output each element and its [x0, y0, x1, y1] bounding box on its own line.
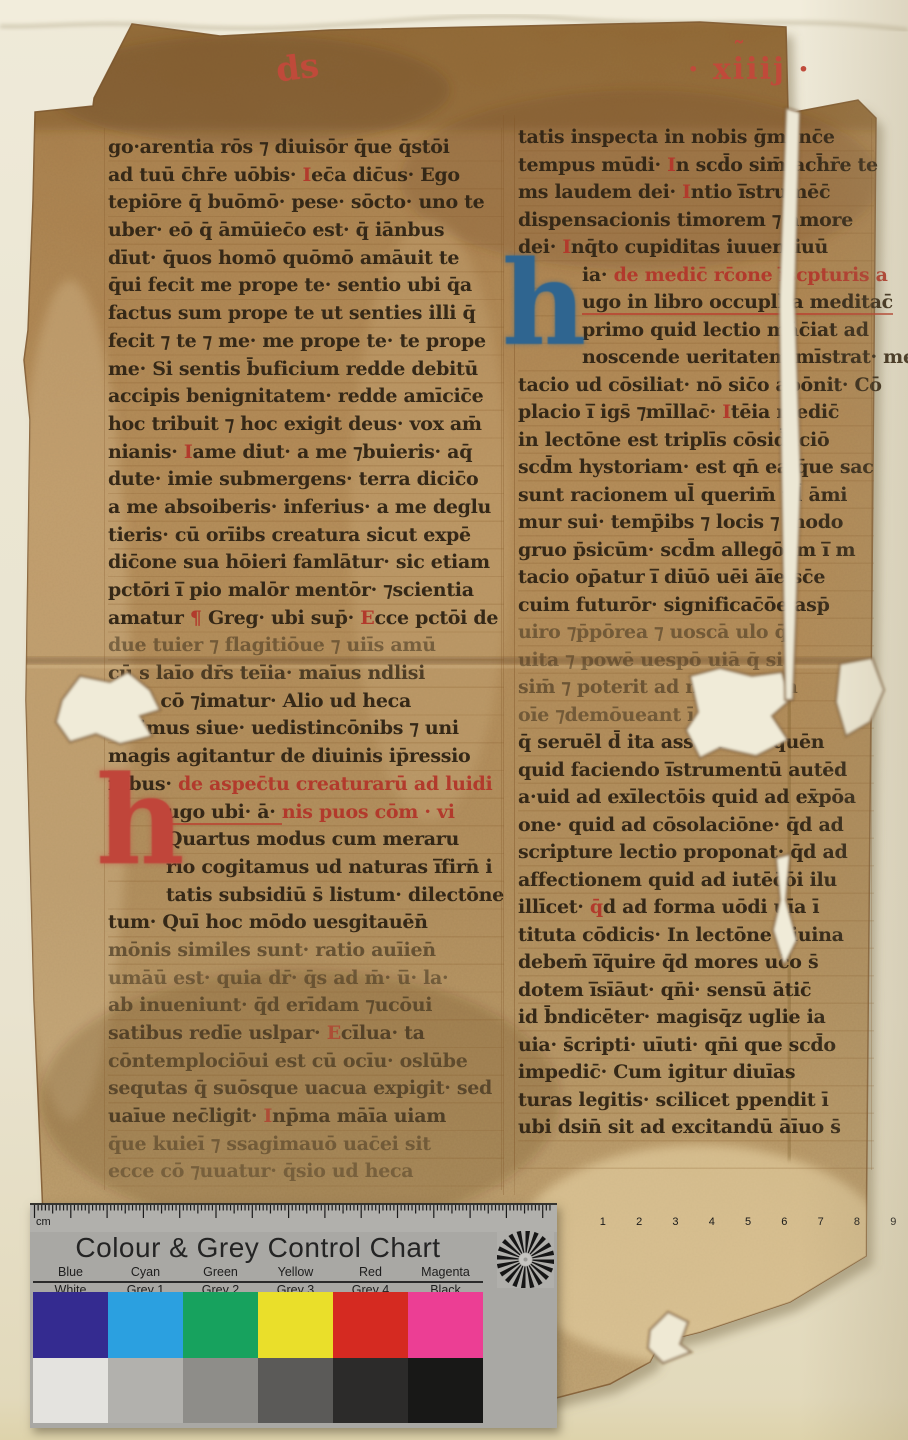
manuscript-text-segment: dotem i̅sīāut· qn̄i· sensū ātic̄: [518, 979, 811, 1001]
manuscript-text-segment: uaīue nec̄ligit·: [108, 1105, 263, 1127]
manuscript-text-segment: tatis inspecta in nobis ḡmenc̄e: [518, 126, 835, 148]
manuscript-text-segment: quid faciendo i̅strumentū autēd: [518, 759, 847, 781]
manuscript-text-segment: dic̄one sua hōieri famlātur· sic etiam: [108, 551, 490, 573]
manuscript-line: sim̄ ⁊ poterit ad nū ul̄ uiam: [518, 674, 874, 702]
manuscript-text-segment: amatur: [108, 607, 190, 629]
manuscript-photograph: ds · xiiij · ˜ go·arentia rōs ⁊ diuisōr …: [0, 0, 908, 1440]
manuscript-line: cū s laīo dr̄s teīia· maīus ndlisi: [108, 660, 504, 688]
manuscript-text-segment: q̄ue kuieī ⁊ ssagimauō uac̄ei sit: [108, 1133, 431, 1155]
manuscript-text-segment: dispensacionis timorem ⁊ amore: [518, 209, 853, 231]
manuscript-line: debem̄ i̅q̄uire q̄d mores uc̄o s̄: [518, 949, 874, 977]
manuscript-text-segment: ms laudem dei·: [518, 181, 682, 203]
manuscript-text-segment: ame diut· a me ⁊buieris· aq̄: [193, 441, 473, 463]
manuscript-text-segment: fecit ⁊ te ⁊ me· me prope te· te prope: [108, 330, 486, 352]
manuscript-line: q̄ seruēl d̄ ita asserūt ex q̄uēn: [518, 729, 874, 757]
manuscript-text-segment: tacio ud cōsiliat· nō sic̄o apōnit· Cō: [518, 374, 882, 396]
backdrop-top-sheet: [0, 0, 908, 30]
label-green: Green: [183, 1265, 258, 1280]
manuscript-text-segment: cū s laīo dr̄s teīia· maīus ndlisi: [108, 662, 425, 684]
manuscript-text-segment: noscende ueritatem mīstrat· med̄: [582, 346, 908, 368]
manuscript-text-segment: de aspec̄tu creaturarū ad luidi: [178, 773, 492, 795]
manuscript-line: a me absoiberis· inferius· a me deglu: [108, 494, 504, 522]
manuscript-line: ad tuū c̄hr̄e uōbis· Iec̄a dic̄us· Ego: [108, 162, 504, 190]
patch-cyan: [108, 1292, 183, 1358]
manuscript-text-segment: uber· eō q̄ āmūiec̄o est· q̄ iānbus: [108, 219, 444, 241]
control-chart: cm 12345678910111213 Colour & Grey Contr…: [30, 1203, 557, 1428]
patch-grey-3: [258, 1358, 333, 1424]
folio-number-macron: ˜: [733, 36, 745, 65]
patch-green: [183, 1292, 258, 1358]
ruler: cm 12345678910111213: [30, 1203, 557, 1232]
manuscript-text-segment: scd̄m hystoriam· est qn̄ ea q̄ue sac: [518, 456, 874, 478]
label-blue: Blue: [33, 1265, 108, 1280]
manuscript-text-segment: I: [722, 401, 731, 423]
manuscript-line: ubi dsin̄ sit ad excitandū āīuo s̄: [518, 1114, 874, 1142]
ruler-number: 5: [745, 1216, 751, 1228]
grey-patch-row: [33, 1358, 483, 1424]
manuscript-line: gruo p̄sicūm· scd̄m allegōam i̅ m: [518, 537, 874, 565]
manuscript-text-segment: hoc tribuit ⁊ hoc exigit deus· vox am̄: [108, 413, 482, 435]
manuscript-text-segment: nis puos cōm · vi: [282, 801, 455, 823]
manuscript-text-segment: ugo in libro occupllia meditac̄: [582, 291, 893, 315]
manuscript-line: illīcet· q̄d ad forma uōdi uīa ī: [518, 894, 874, 922]
ruler-unit-label: cm: [36, 1216, 51, 1228]
manuscript-text-segment: affectionem quid ad iutēc̄ōi ilu: [518, 869, 837, 891]
manuscript-text-segment: I: [682, 181, 691, 203]
manuscript-text-segment: uia· s̄cripti· uīuti· qn̄i que scd̄o: [518, 1034, 836, 1056]
manuscript-line: tacio op̄atur i̅ diūō uēi āīe sc̄e: [518, 564, 874, 592]
manuscript-text-segment: mōnis similes sunt· ratio auīien̄: [108, 939, 436, 961]
manuscript-line: ab inueniunt· q̄d erīdam ⁊ucōui: [108, 992, 504, 1020]
manuscript-text-segment: tieris· cū orīibs creatura sicut expē: [108, 524, 471, 546]
manuscript-line: quid faciendo i̅strumentū autēd: [518, 757, 874, 785]
manuscript-line: satibus redīe uslpar· Ecīlua· ta: [108, 1020, 504, 1048]
manuscript-line: dute· imie submergens· terra dicic̄o: [108, 466, 504, 494]
patch-grey-4: [333, 1358, 408, 1424]
manuscript-text-segment: scripture lectio proponat· q̄d ad: [518, 841, 847, 863]
manuscript-line: ecce cō ⁊imatur· Alio ud heca: [108, 688, 504, 716]
manuscript-text-segment: tituta cōdicis· In lectōne diuina: [518, 924, 844, 946]
manuscript-line: uaīue nec̄ligit· Inp̄ma māīa uiam: [108, 1103, 504, 1131]
manuscript-text-segment: tepiōre q̄ buōmō· pese· sōcto· uno te: [108, 191, 484, 213]
manuscript-line: tacio ud cōsiliat· nō sic̄o apōnit· Cō: [518, 372, 874, 400]
manuscript-line: factus sum prope te ut senties illi q̄: [108, 300, 504, 328]
manuscript-text-segment: accipis benignitatem· redde amīcic̄e: [108, 385, 483, 407]
ruler-number: 1: [600, 1216, 606, 1228]
manuscript-text-segment: debem̄ i̅q̄uire q̄d mores uc̄o s̄: [518, 951, 818, 973]
manuscript-text-segment: q̄: [590, 896, 603, 918]
manuscript-text-segment: tacio op̄atur i̅ diūō uēi āīe sc̄e: [518, 566, 825, 588]
ruler-number: 9: [890, 1216, 896, 1228]
manuscript-line: diximus siue· uedistincōnibs ⁊ uni: [108, 715, 504, 743]
manuscript-text-segment: due tuier ⁊ flagitiōue ⁊ uiīs amū: [108, 634, 436, 656]
manuscript-line: go·arentia rōs ⁊ diuisōr q̄ue q̄stōi: [108, 134, 504, 162]
ruler-ticks: [30, 1205, 557, 1232]
colour-patch-row: [33, 1292, 483, 1358]
manuscript-line: uber· eō q̄ āmūiec̄o est· q̄ iānbus: [108, 217, 504, 245]
manuscript-text-segment: in lectōne est triplīs cōsid̄aciō: [518, 429, 829, 451]
sunburst-icon: [497, 1231, 554, 1288]
blue-initial-h: h: [502, 258, 586, 351]
label-cyan: Cyan: [108, 1265, 183, 1280]
manuscript-text-segment: cuim futurōr· significac̄ōe asp̄: [518, 594, 830, 616]
manuscript-line: tieris· cū orīibs creatura sicut expē: [108, 522, 504, 550]
manuscript-text-segment: a·uid ad exīlectōis quid ad ex̄pōa: [518, 786, 856, 808]
manuscript-line: uiro ⁊p̄pōrea ⁊ uoscā ulo q̄: [518, 619, 874, 647]
manuscript-text-segment: ecce cō ⁊imatur· Alio ud heca: [108, 690, 411, 712]
patch-magenta: [408, 1292, 483, 1358]
manuscript-line: scripture lectio proponat· q̄d ad: [518, 839, 874, 867]
manuscript-line: dic̄one sua hōieri famlātur· sic etiam: [108, 549, 504, 577]
patch-grey-1: [108, 1358, 183, 1424]
manuscript-text-segment: oīe ⁊demōueant ī p̄· uln̄: [518, 704, 760, 726]
manuscript-text-segment: q̄ui fecit me prope te· sentio ubi q̄a: [108, 274, 472, 296]
colour-label-row: BlueCyanGreenYellowRedMagenta: [33, 1265, 483, 1280]
manuscript-line: tempus mūdi· In scd̄o sim̄lach̄r̄e te: [518, 152, 874, 180]
manuscript-text-segment: factus sum prope te ut senties illi q̄: [108, 302, 476, 324]
manuscript-line: umāū est· quia dr̄· q̄s ad m̄· u̅· la·: [108, 965, 504, 993]
manuscript-line: placio i̅ igs̄ ⁊mīllac̄· Itēia medic̄: [518, 399, 874, 427]
red-initial-h: h: [96, 772, 185, 870]
patch-black: [408, 1358, 483, 1424]
folio-number: · xiiij ·: [688, 52, 811, 87]
ruler-number: 3: [672, 1216, 678, 1228]
ruler-number: 4: [709, 1216, 715, 1228]
manuscript-text-segment: I: [667, 154, 676, 176]
manuscript-text-segment: cce pctōi de: [374, 607, 498, 629]
manuscript-text-segment: I: [263, 1105, 272, 1127]
manuscript-line: dispensacionis timorem ⁊ amore: [518, 207, 874, 235]
manuscript-line: cōntemplociōui est cū ocīu· oslūbe: [108, 1048, 504, 1076]
manuscript-line: primo quid lectio māc̄iat ad: [582, 317, 874, 345]
manuscript-text-segment: impedic̄· Cum igitur diuīas: [518, 1061, 795, 1083]
manuscript-text-segment: cīlua· ta: [341, 1022, 425, 1044]
manuscript-text-segment: diximus siue· uedistincōnibs ⁊ uni: [108, 717, 459, 739]
ruler-number: 8: [854, 1216, 860, 1228]
manuscript-line: affectionem quid ad iutēc̄ōi ilu: [518, 867, 874, 895]
manuscript-text-segment: tatis subsidiū s̄ listum· dilectōne: [166, 884, 504, 906]
manuscript-line: amatur ¶ Greg· ubi sup̄· Ecce pctōi de: [108, 605, 504, 633]
ruler-number: 7: [818, 1216, 824, 1228]
manuscript-line: due tuier ⁊ flagitiōue ⁊ uiīs amū: [108, 632, 504, 660]
manuscript-text-segment: d ad forma uōdi uīa ī: [603, 896, 819, 918]
ruler-number: 6: [781, 1216, 787, 1228]
manuscript-line: mur sui· temp̄ibs ⁊ locis ⁊ modo: [518, 509, 874, 537]
manuscript-text-segment: ab inueniunt· q̄d erīdam ⁊ucōui: [108, 994, 432, 1016]
manuscript-text-segment: id b̄ndicēter· magisq̄z uglie ia: [518, 1006, 826, 1028]
manuscript-line: dotem i̅sīāut· qn̄i· sensū ātic̄: [518, 977, 874, 1005]
manuscript-line: one· quid ad cōsolaciōne· q̄d ad: [518, 812, 874, 840]
manuscript-text-segment: umāū est· quia dr̄· q̄s ad m̄· u̅· la·: [108, 967, 448, 989]
manuscript-line: tatis inspecta in nobis ḡmenc̄e: [518, 124, 874, 152]
manuscript-text-segment: tēia medic̄: [731, 401, 839, 423]
manuscript-text-segment: ad tuū c̄hr̄e uōbis·: [108, 164, 303, 186]
manuscript-line: tepiōre q̄ buōmō· pese· sōcto· uno te: [108, 189, 504, 217]
manuscript-line: scd̄m hystoriam· est qn̄ ea q̄ue sac: [518, 454, 874, 482]
manuscript-text-segment: E: [327, 1022, 341, 1044]
manuscript-text-segment: cōntemplociōui est cū ocīu· oslūbe: [108, 1050, 468, 1072]
manuscript-text-segment: sim̄ ⁊ poterit ad nū ul̄ uiam: [518, 676, 798, 698]
left-text-column: go·arentia rōs ⁊ diuisōr q̄ue q̄stōiad t…: [108, 134, 504, 1190]
manuscript-text-segment: nianis·: [108, 441, 184, 463]
manuscript-text-segment: sunt racionem ul̄ querim̄ ul̄ āmi: [518, 484, 847, 506]
manuscript-text-segment: one· quid ad cōsolaciōne· q̄d ad: [518, 814, 843, 836]
manuscript-text-segment: mur sui· temp̄ibs ⁊ locis ⁊ modo: [518, 511, 843, 533]
manuscript-text-segment: ia·: [582, 264, 614, 286]
manuscript-text-segment: tum· Quī hoc mōdo uesgitauēn̄: [108, 911, 428, 933]
manuscript-line: sequtas q̄ suōsque uacua expigit· sed: [108, 1075, 504, 1103]
manuscript-line: sunt racionem ul̄ querim̄ ul̄ āmi: [518, 482, 874, 510]
manuscript-text-segment: a me absoiberis· inferius· a me deglu: [108, 496, 491, 518]
manuscript-text-segment: ntio i̅strumēc̄: [691, 181, 830, 203]
patch-blue: [33, 1292, 108, 1358]
patch-red: [333, 1292, 408, 1358]
manuscript-line: impedic̄· Cum igitur diuīas: [518, 1059, 874, 1087]
manuscript-line: accipis benignitatem· redde amīcic̄e: [108, 383, 504, 411]
manuscript-text-segment: ec̄a dic̄us· Ego: [311, 164, 460, 186]
manuscript-text-segment: sequtas q̄ suōsque uacua expigit· sed: [108, 1077, 492, 1099]
manuscript-text-segment: pctōri i̅ pio malōr mentōr· ⁊scientia: [108, 579, 474, 601]
manuscript-text-segment: n scd̄o sim̄lach̄r̄e te: [676, 154, 878, 176]
patch-grey-2: [183, 1358, 258, 1424]
manuscript-text-segment: E: [360, 607, 374, 629]
manuscript-line: mōnis similes sunt· ratio auīien̄: [108, 937, 504, 965]
manuscript-text-segment: primo quid lectio māc̄iat ad: [582, 319, 869, 341]
manuscript-line: ugo in libro occupllia meditac̄: [582, 289, 874, 317]
manuscript-line: rio cogitamus ud naturas i̅firn̄ i: [166, 854, 504, 882]
patch-white: [33, 1358, 108, 1424]
manuscript-line: uita ⁊ powē uespō uiā q̄ si: [518, 647, 874, 675]
manuscript-line: ms laudem dei· Intio i̅strumēc̄: [518, 179, 874, 207]
manuscript-text-segment: illīcet·: [518, 896, 590, 918]
manuscript-text-segment: I: [303, 164, 312, 186]
manuscript-line: q̄ue kuieī ⁊ ssagimauō uac̄ei sit: [108, 1131, 504, 1159]
manuscript-text-segment: tempus mūdi·: [518, 154, 667, 176]
manuscript-line: Quartus modus cum meraru: [166, 826, 504, 854]
manuscript-text-segment: dīut· q̄uos homō quōmō amāuit te: [108, 247, 459, 269]
manuscript-line: nianis· Iame diut· a me ⁊buieris· aq̄: [108, 439, 504, 467]
manuscript-text-segment: me· Si sentis b̄uficium redde debitū: [108, 358, 478, 380]
manuscript-line: id b̄ndicēter· magisq̄z uglie ia: [518, 1004, 874, 1032]
manuscript-text-segment: de medic̄ rc̄one i̅scpturis a: [614, 264, 888, 286]
manuscript-text-segment: satibus redīe uslpar·: [108, 1022, 327, 1044]
manuscript-text-segment: ecce cō ⁊uuatur· q̄sio ud heca: [108, 1160, 413, 1182]
patch-yellow: [258, 1292, 333, 1358]
manuscript-text-segment: turas legitis· scilicet ppendit ī: [518, 1089, 829, 1111]
manuscript-line: ia· de medic̄ rc̄one i̅scpturis a: [582, 262, 874, 290]
manuscript-text-segment: I: [184, 441, 193, 463]
manuscript-text-segment: Greg· ubi sup̄·: [208, 607, 360, 629]
manuscript-line: fecit ⁊ te ⁊ me· me prope te· te prope: [108, 328, 504, 356]
hole-bottom-edge: [648, 1312, 691, 1363]
manuscript-line: tum· Quī hoc mōdo uesgitauēn̄: [108, 909, 504, 937]
manuscript-text-segment: q̄ seruēl d̄ ita asserūt ex q̄uēn: [518, 731, 824, 753]
manuscript-text-segment: dute· imie submergens· terra dicic̄o: [108, 468, 478, 490]
manuscript-line: ugo ubi· ā· nis puos cōm · vi: [166, 799, 504, 827]
manuscript-line: dīut· q̄uos homō quōmō amāuit te: [108, 245, 504, 273]
manuscript-text-segment: rio cogitamus ud naturas i̅firn̄ i: [166, 856, 492, 878]
manuscript-text-segment: go·arentia rōs ⁊ diuisōr q̄ue q̄stōi: [108, 136, 450, 158]
manuscript-line: ecce cō ⁊uuatur· q̄sio ud heca: [108, 1158, 504, 1186]
manuscript-line: turas legitis· scilicet ppendit ī: [518, 1087, 874, 1115]
manuscript-text-segment: ¶: [190, 607, 208, 629]
manuscript-text-segment: nq̄to cupiditas iuuentiuū: [571, 236, 828, 258]
manuscript-text-segment: uiro ⁊p̄pōrea ⁊ uoscā ulo q̄: [518, 621, 788, 643]
manuscript-text-segment: placio i̅ igs̄ ⁊mīllac̄·: [518, 401, 722, 423]
ruler-number: 2: [636, 1216, 642, 1228]
manuscript-line: me· Si sentis b̄uficium redde debitū: [108, 356, 504, 384]
manuscript-line: cuim futurōr· significac̄ōe asp̄: [518, 592, 874, 620]
manuscript-line: hoc tribuit ⁊ hoc exigit deus· vox am̄: [108, 411, 504, 439]
manuscript-text-segment: Quartus modus cum meraru: [166, 828, 459, 850]
manuscript-line: a·uid ad exīlectōis quid ad ex̄pōa: [518, 784, 874, 812]
manuscript-line: q̄ui fecit me prope te· sentio ubi q̄a: [108, 272, 504, 300]
label-yellow: Yellow: [258, 1265, 333, 1280]
manuscript-text-segment: gruo p̄sicūm· scd̄m allegōam i̅ m: [518, 539, 855, 561]
quire-mark: ds: [274, 46, 321, 91]
manuscript-line: uia· s̄cripti· uīuti· qn̄i que scd̄o: [518, 1032, 874, 1060]
manuscript-line: in lectōne est triplīs cōsid̄aciō: [518, 427, 874, 455]
label-red: Red: [333, 1265, 408, 1280]
manuscript-line: noscende ueritatem mīstrat· med̄: [582, 344, 874, 372]
manuscript-text-segment: uita ⁊ powē uespō uiā q̄ si: [518, 649, 783, 671]
manuscript-line: oīe ⁊demōueant ī p̄· uln̄: [518, 702, 874, 730]
manuscript-line: tituta cōdicis· In lectōne diuina: [518, 922, 874, 950]
manuscript-line: pctōri i̅ pio malōr mentōr· ⁊scientia: [108, 577, 504, 605]
manuscript-text-segment: np̄ma māīa uiam: [272, 1105, 446, 1127]
chart-title: Colour & Grey Control Chart: [33, 1232, 483, 1263]
manuscript-line: tatis subsidiū s̄ listum· dilectōne: [166, 882, 504, 910]
manuscript-text-segment: ubi dsin̄ sit ad excitandū āīuo s̄: [518, 1116, 841, 1138]
label-magenta: Magenta: [408, 1265, 483, 1280]
